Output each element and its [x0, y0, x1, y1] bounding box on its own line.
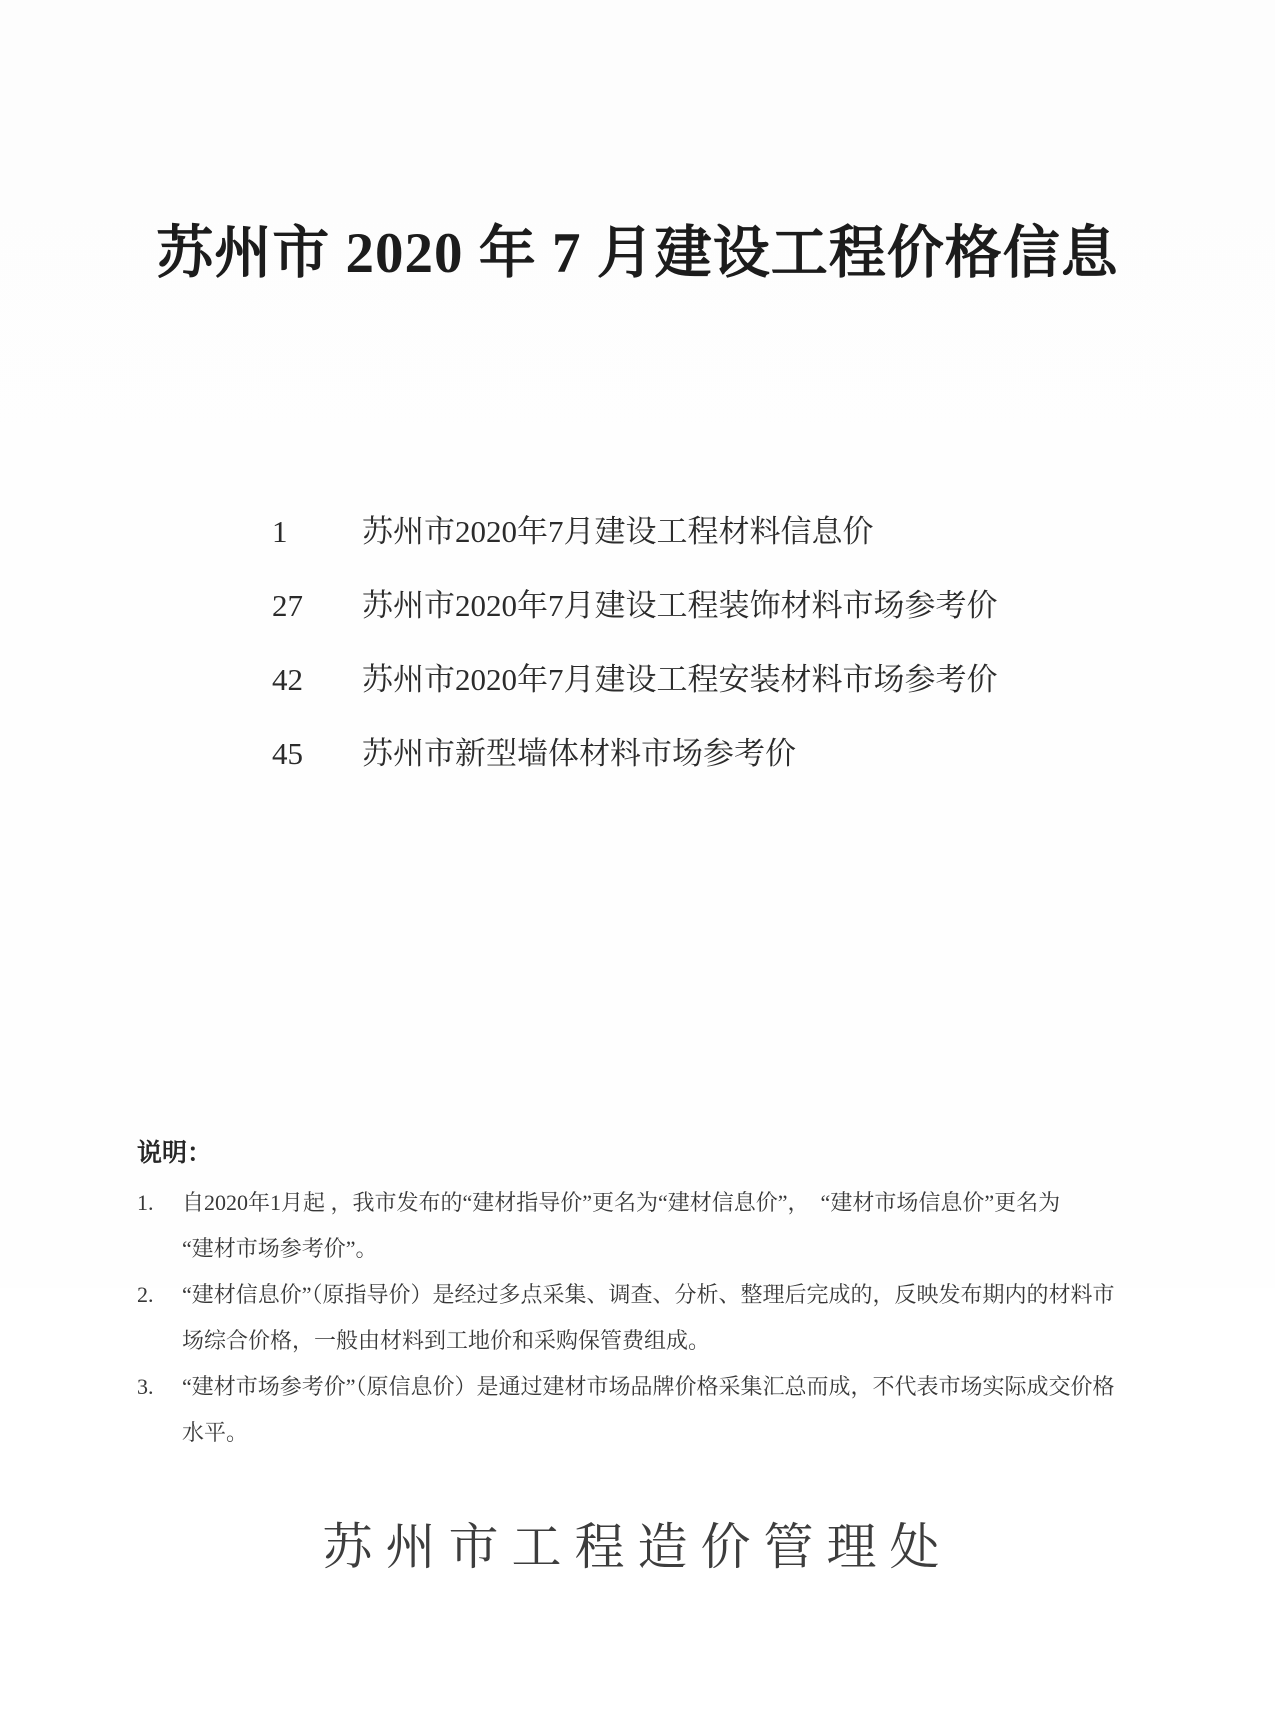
notes-section: 说明： 1. 自2020年1月起 ，我市发布的“建材指导价”更名为“建材信息价”… [137, 1136, 1175, 1456]
note-item: 3. “建材市场参考价”（原信息价）是通过建材市场品牌价格采集汇总而成，不代表市… [137, 1364, 1175, 1456]
toc-page-number: 42 [272, 660, 362, 700]
note-number: 3. [137, 1364, 182, 1410]
note-body: 自2020年1月起 ，我市发布的“建材指导价”更名为“建材信息价”， “建材市场… [182, 1180, 1175, 1272]
toc-entry-title: 苏州市2020年7月建设工程安装材料市场参考价 [362, 660, 998, 700]
toc-entry-title: 苏州市2020年7月建设工程装饰材料市场参考价 [362, 586, 998, 626]
document-page: 苏州市 2020 年 7 月建设工程价格信息 1 苏州市2020年7月建设工程材… [0, 0, 1275, 1718]
note-text-line: “建材市场参考价”。 [182, 1226, 1175, 1272]
note-item: 1. 自2020年1月起 ，我市发布的“建材指导价”更名为“建材信息价”， “建… [137, 1180, 1175, 1272]
note-text-line: “建材信息价”（原指导价）是经过多点采集、调查、分析、整理后完成的，反映发布期内… [182, 1272, 1175, 1318]
note-text-line: 场综合价格，一般由材料到工地价和采购保管费组成。 [182, 1318, 1175, 1364]
notes-heading: 说明： [137, 1136, 1175, 1170]
note-text-line: “建材市场参考价”（原信息价）是通过建材市场品牌价格采集汇总而成，不代表市场实际… [182, 1364, 1175, 1410]
toc-entry: 27 苏州市2020年7月建设工程装饰材料市场参考价 [272, 586, 998, 660]
note-number: 2. [137, 1272, 182, 1318]
organization-name: 苏州市工程造价管理处 [0, 1512, 1275, 1582]
toc-page-number: 1 [272, 512, 362, 552]
toc-entry: 1 苏州市2020年7月建设工程材料信息价 [272, 512, 998, 586]
note-body: “建材信息价”（原指导价）是经过多点采集、调查、分析、整理后完成的，反映发布期内… [182, 1272, 1175, 1364]
document-title: 苏州市 2020 年 7 月建设工程价格信息 [0, 208, 1275, 300]
toc-entry: 42 苏州市2020年7月建设工程安装材料市场参考价 [272, 660, 998, 734]
toc-page-number: 27 [272, 586, 362, 626]
note-text-line: 自2020年1月起 ，我市发布的“建材指导价”更名为“建材信息价”， “建材市场… [182, 1180, 1175, 1226]
toc-entry: 45 苏州市新型墙体材料市场参考价 [272, 734, 998, 808]
toc-page-number: 45 [272, 734, 362, 774]
note-body: “建材市场参考价”（原信息价）是通过建材市场品牌价格采集汇总而成，不代表市场实际… [182, 1364, 1175, 1456]
toc-entry-title: 苏州市2020年7月建设工程材料信息价 [362, 512, 874, 552]
note-number: 1. [137, 1180, 182, 1226]
table-of-contents: 1 苏州市2020年7月建设工程材料信息价 27 苏州市2020年7月建设工程装… [272, 512, 998, 808]
note-item: 2. “建材信息价”（原指导价）是经过多点采集、调查、分析、整理后完成的，反映发… [137, 1272, 1175, 1364]
toc-entry-title: 苏州市新型墙体材料市场参考价 [362, 734, 796, 774]
note-text-line: 水平。 [182, 1410, 1175, 1456]
